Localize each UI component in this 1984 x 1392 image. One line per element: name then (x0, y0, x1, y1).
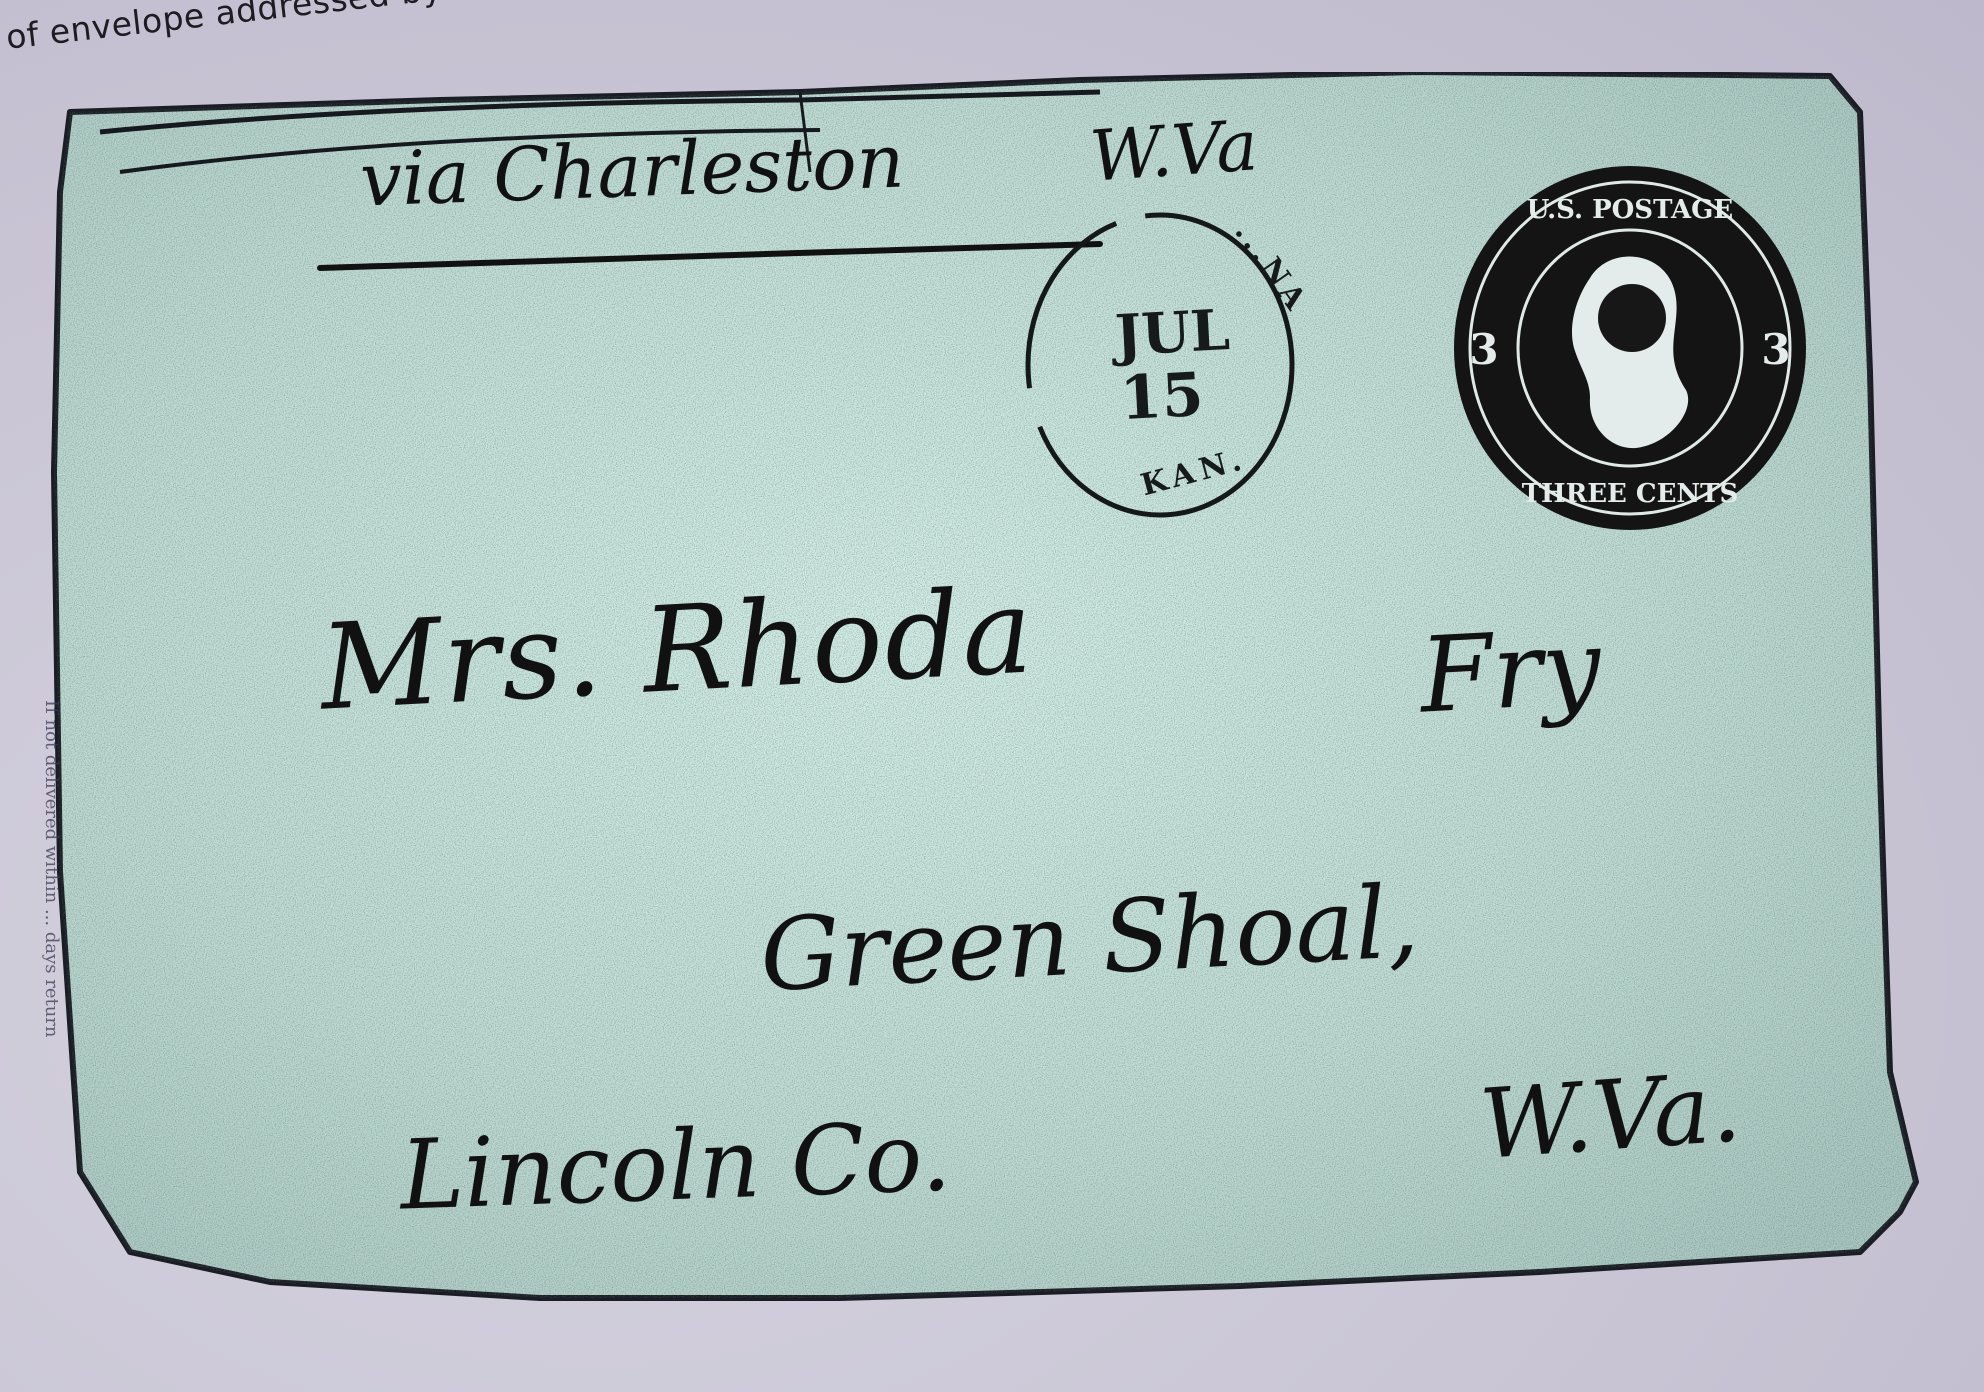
svg-text:3: 3 (1469, 325, 1498, 374)
figure-caption: of envelope addressed by George F (4, 0, 608, 57)
address-county: Lincoln Co. (398, 1100, 953, 1231)
postage-stamp-icon: U.S. POSTAGE THREE CENTS 3 3 (1440, 158, 1820, 538)
svg-text:U.S. POSTAGE: U.S. POSTAGE (1527, 195, 1733, 225)
postmark-day: 15 (1118, 360, 1205, 434)
postmark-month: JUL (1113, 297, 1231, 369)
address-state: W.Va. (1476, 1051, 1744, 1181)
svg-text:THREE CENTS: THREE CENTS (1522, 479, 1739, 509)
routing-state: W.Va (1087, 104, 1260, 198)
return-notice: If not delivered within ... days return (41, 700, 62, 1038)
svg-text:3: 3 (1761, 325, 1790, 374)
book-page: of envelope addressed by George F (0, 0, 1984, 1392)
addressee-surname: Fry (1417, 605, 1604, 736)
